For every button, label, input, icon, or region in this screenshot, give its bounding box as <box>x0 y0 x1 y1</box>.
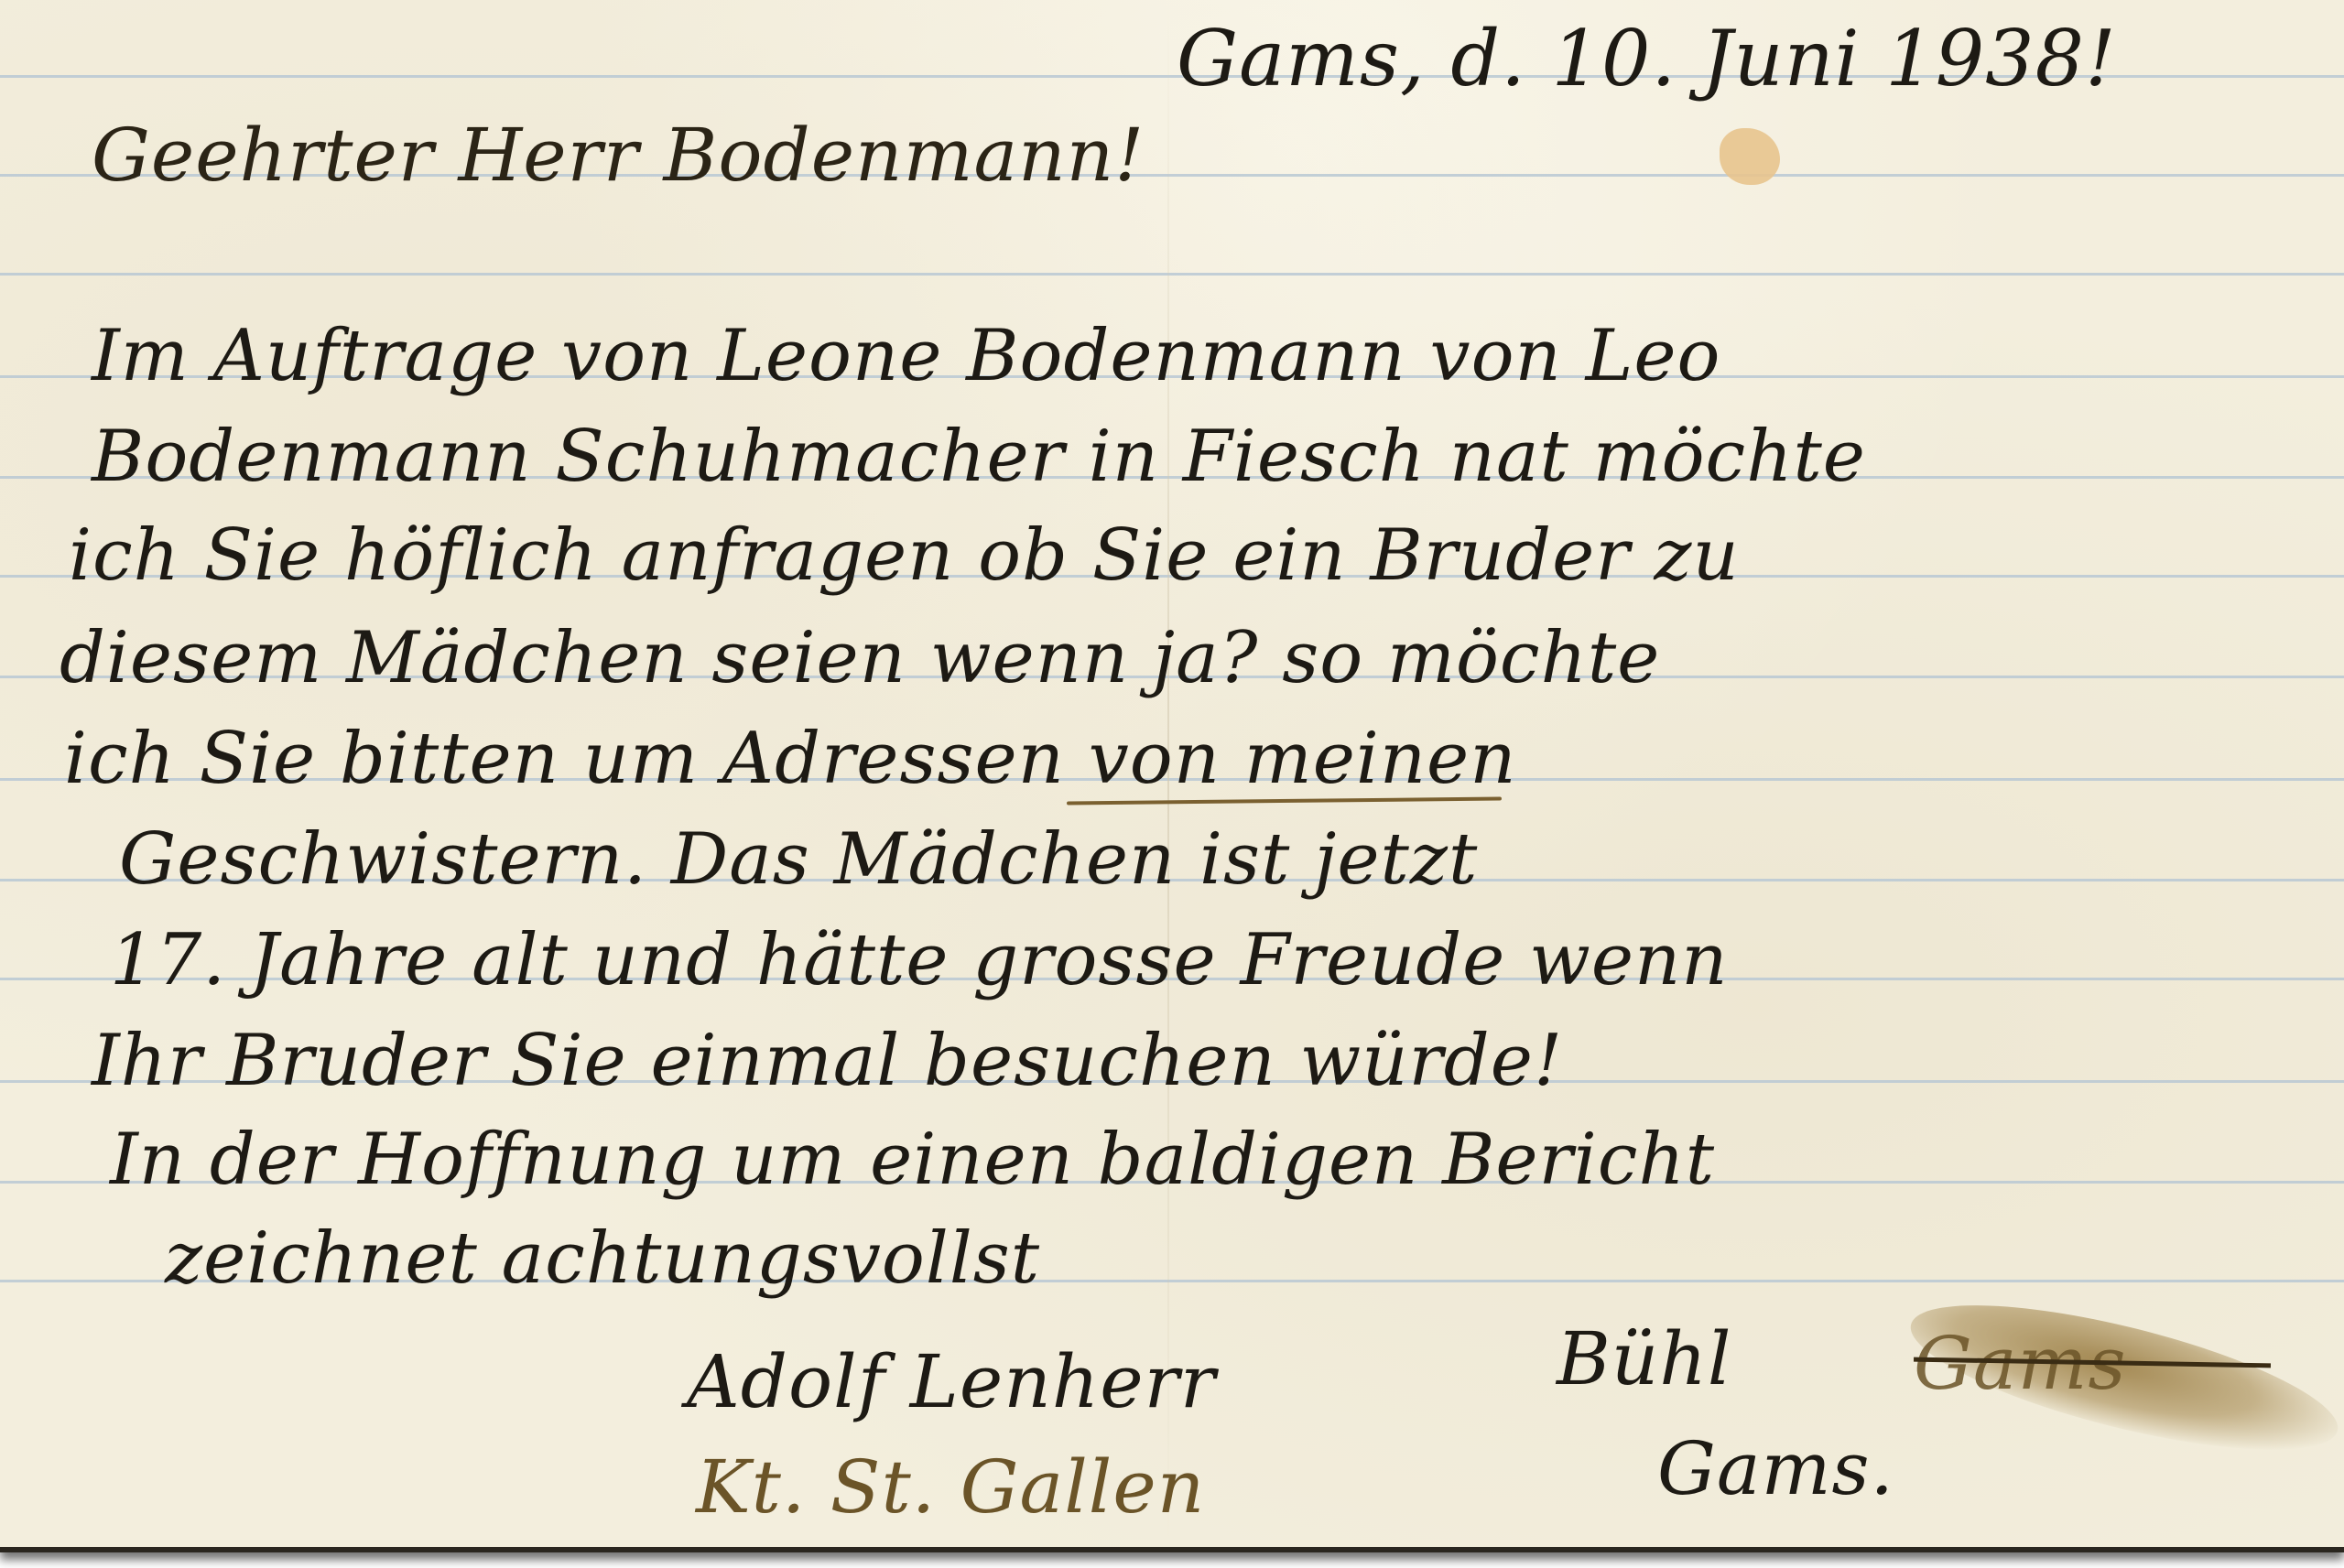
signature-place: Bühl <box>1557 1323 1731 1396</box>
letter-body-line-1: Im Auftrage von Leone Bodenmann von Leo <box>92 320 1721 392</box>
letter-body-line-5: ich Sie bitten um Adressen von meinen <box>64 723 1516 795</box>
paper-stain <box>1720 128 1780 185</box>
letter-body-line-3: ich Sie höflich anfragen ob Sie ein Brud… <box>69 520 1740 591</box>
letter-body-line-4: diesem Mädchen seien wenn ja? so möchte <box>60 622 1660 694</box>
letter-body-line-2: Bodenmann Schuhmacher in Fiesch nat möch… <box>92 421 1866 492</box>
letter-body-line-7: 17. Jahre alt und hätte grosse Freude we… <box>110 925 1729 996</box>
signature-town: Gams. <box>1657 1433 1894 1506</box>
ruled-line <box>0 273 2344 276</box>
letter-salutation: Geehrter Herr Bodenmann! <box>92 119 1145 192</box>
signature-name: Adolf Lenherr <box>687 1346 1216 1419</box>
signature-canton: Kt. St. Gallen <box>696 1451 1205 1524</box>
letter-date: Gams, d. 10. Juni 1938! <box>1177 20 2117 97</box>
letter-sheet: Gams, d. 10. Juni 1938! Geehrter Herr Bo… <box>0 0 2344 1552</box>
letter-body-line-8: Ihr Bruder Sie einmal besuchen würde! <box>92 1025 1563 1097</box>
letter-body-line-9: In der Hoffnung um einen baldigen Berich… <box>110 1124 1715 1195</box>
letter-closing: zeichnet achtungsvollst <box>165 1223 1040 1294</box>
letter-body-line-6: Geschwistern. Das Mädchen ist jetzt <box>119 824 1478 895</box>
